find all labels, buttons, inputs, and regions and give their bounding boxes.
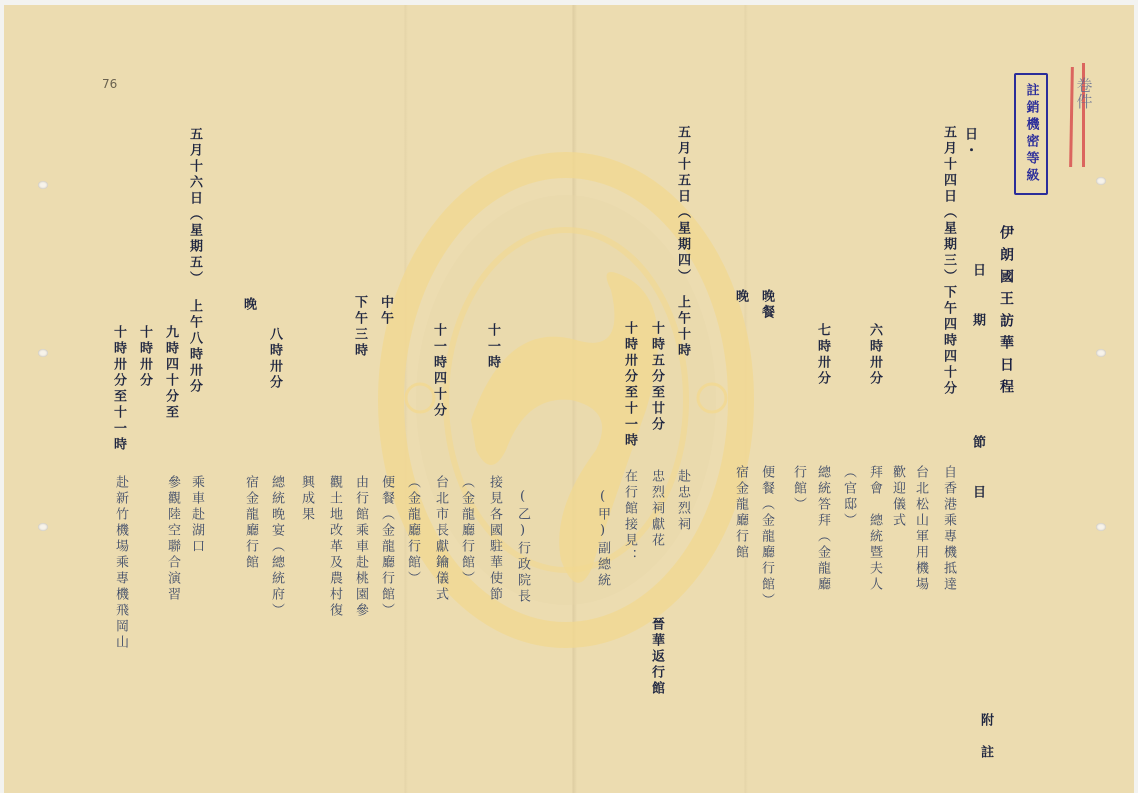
entry-time: 十一時四十分	[432, 323, 445, 419]
entry-item: (甲)副總統	[596, 489, 609, 589]
entry-time: 八時卅分	[268, 327, 281, 391]
entry-item: (乙)行政院長	[516, 489, 529, 605]
punch-hole	[1096, 349, 1106, 357]
day-date: 五月十六日（星期五）	[188, 127, 201, 287]
entry-item: 由行館乘車赴桃園參	[354, 475, 367, 619]
entry-time: 十時卅分	[138, 325, 151, 389]
punch-hole	[38, 349, 48, 357]
entry-time: 下午三時	[353, 295, 366, 359]
entry-item: 乘車赴湖口	[190, 475, 203, 555]
entry-time: 中午	[379, 295, 392, 327]
day-date: 五月十五日（星期四）	[676, 125, 689, 285]
punch-hole	[38, 181, 48, 189]
declassified-stamp: 註銷機密等級	[1014, 73, 1048, 195]
day-date: 五月十四日（星期三）	[942, 125, 955, 285]
entry-item: 在行館接見：	[623, 469, 636, 565]
entry-item: （金龍廳行館）	[460, 475, 473, 587]
entry-time: 上午十時	[676, 295, 689, 359]
header-remark-label: 附 註	[979, 713, 992, 761]
entry-time: 七時卅分	[816, 323, 829, 387]
entry-item: 總統答拜（金龍廳	[816, 465, 829, 593]
document-page: 76 註銷機密等級 卷件 伊朗國王訪華日程 日・ 日 期 節 目 附 註 五月十…	[4, 5, 1134, 793]
entry-remark: 晉華返行館	[650, 617, 663, 697]
entry-item: 赴忠烈祠	[676, 469, 689, 533]
entry-item: （官邸）	[842, 465, 855, 529]
entry-item: 拜會 總統暨夫人	[868, 465, 881, 593]
header-item-label: 節 目	[971, 435, 984, 510]
entry-item: 忠烈祠獻花	[650, 469, 663, 549]
handwritten-note: 卷件	[1072, 77, 1095, 109]
entry-time: 十時卅分至十一時	[623, 321, 636, 449]
entry-time: 六時卅分	[868, 323, 881, 387]
entry-item: 歡迎儀式	[891, 465, 904, 529]
entry-item: 自香港乘專機抵達	[942, 465, 955, 593]
entry-time: 晚	[734, 289, 747, 305]
entry-item: 接見各國駐華使節	[488, 475, 501, 603]
entry-item: 便餐（金龍廳行館）	[760, 465, 773, 609]
entry-time: 晚	[242, 297, 255, 313]
entry-item: 宿金龍廳行館	[244, 475, 257, 571]
punch-hole	[38, 523, 48, 531]
entry-time: 下午四時四十分	[942, 285, 955, 397]
document-title: 伊朗國王訪華日程	[999, 225, 1013, 401]
entry-item: （金龍廳行館）	[406, 475, 419, 587]
entry-time: 上午八時卅分	[188, 299, 201, 395]
entry-item: 台北松山軍用機場	[914, 465, 927, 593]
entry-time: 十時五分至廿分	[650, 321, 663, 433]
entry-time: 十時卅分至十一時	[112, 325, 125, 453]
header-date-label: 日・	[963, 127, 976, 159]
entry-item: 赴新竹機場乘專機飛岡山	[114, 475, 127, 651]
page-number: 76	[102, 77, 117, 91]
punch-hole	[1096, 177, 1106, 185]
entry-item: 總統晚宴（總統府）	[270, 475, 283, 619]
entry-item: 台北市長獻鑰儀式	[434, 475, 447, 603]
punch-hole	[1096, 523, 1106, 531]
entry-item: 便餐（金龍廳行館）	[380, 475, 393, 619]
entry-time: 十一時	[486, 323, 499, 371]
entry-item: 行館）	[792, 465, 805, 513]
entry-item: 觀土地改革及農村復	[328, 475, 341, 619]
entry-time: 晚餐	[760, 289, 773, 321]
entry-item: 興成果	[300, 475, 313, 523]
entry-item: 宿金龍廳行館	[734, 465, 747, 561]
header-time-label: 日 期	[971, 263, 984, 338]
entry-item: 參觀陸空聯合演習	[166, 475, 179, 603]
entry-time: 九時四十分至	[164, 325, 177, 421]
